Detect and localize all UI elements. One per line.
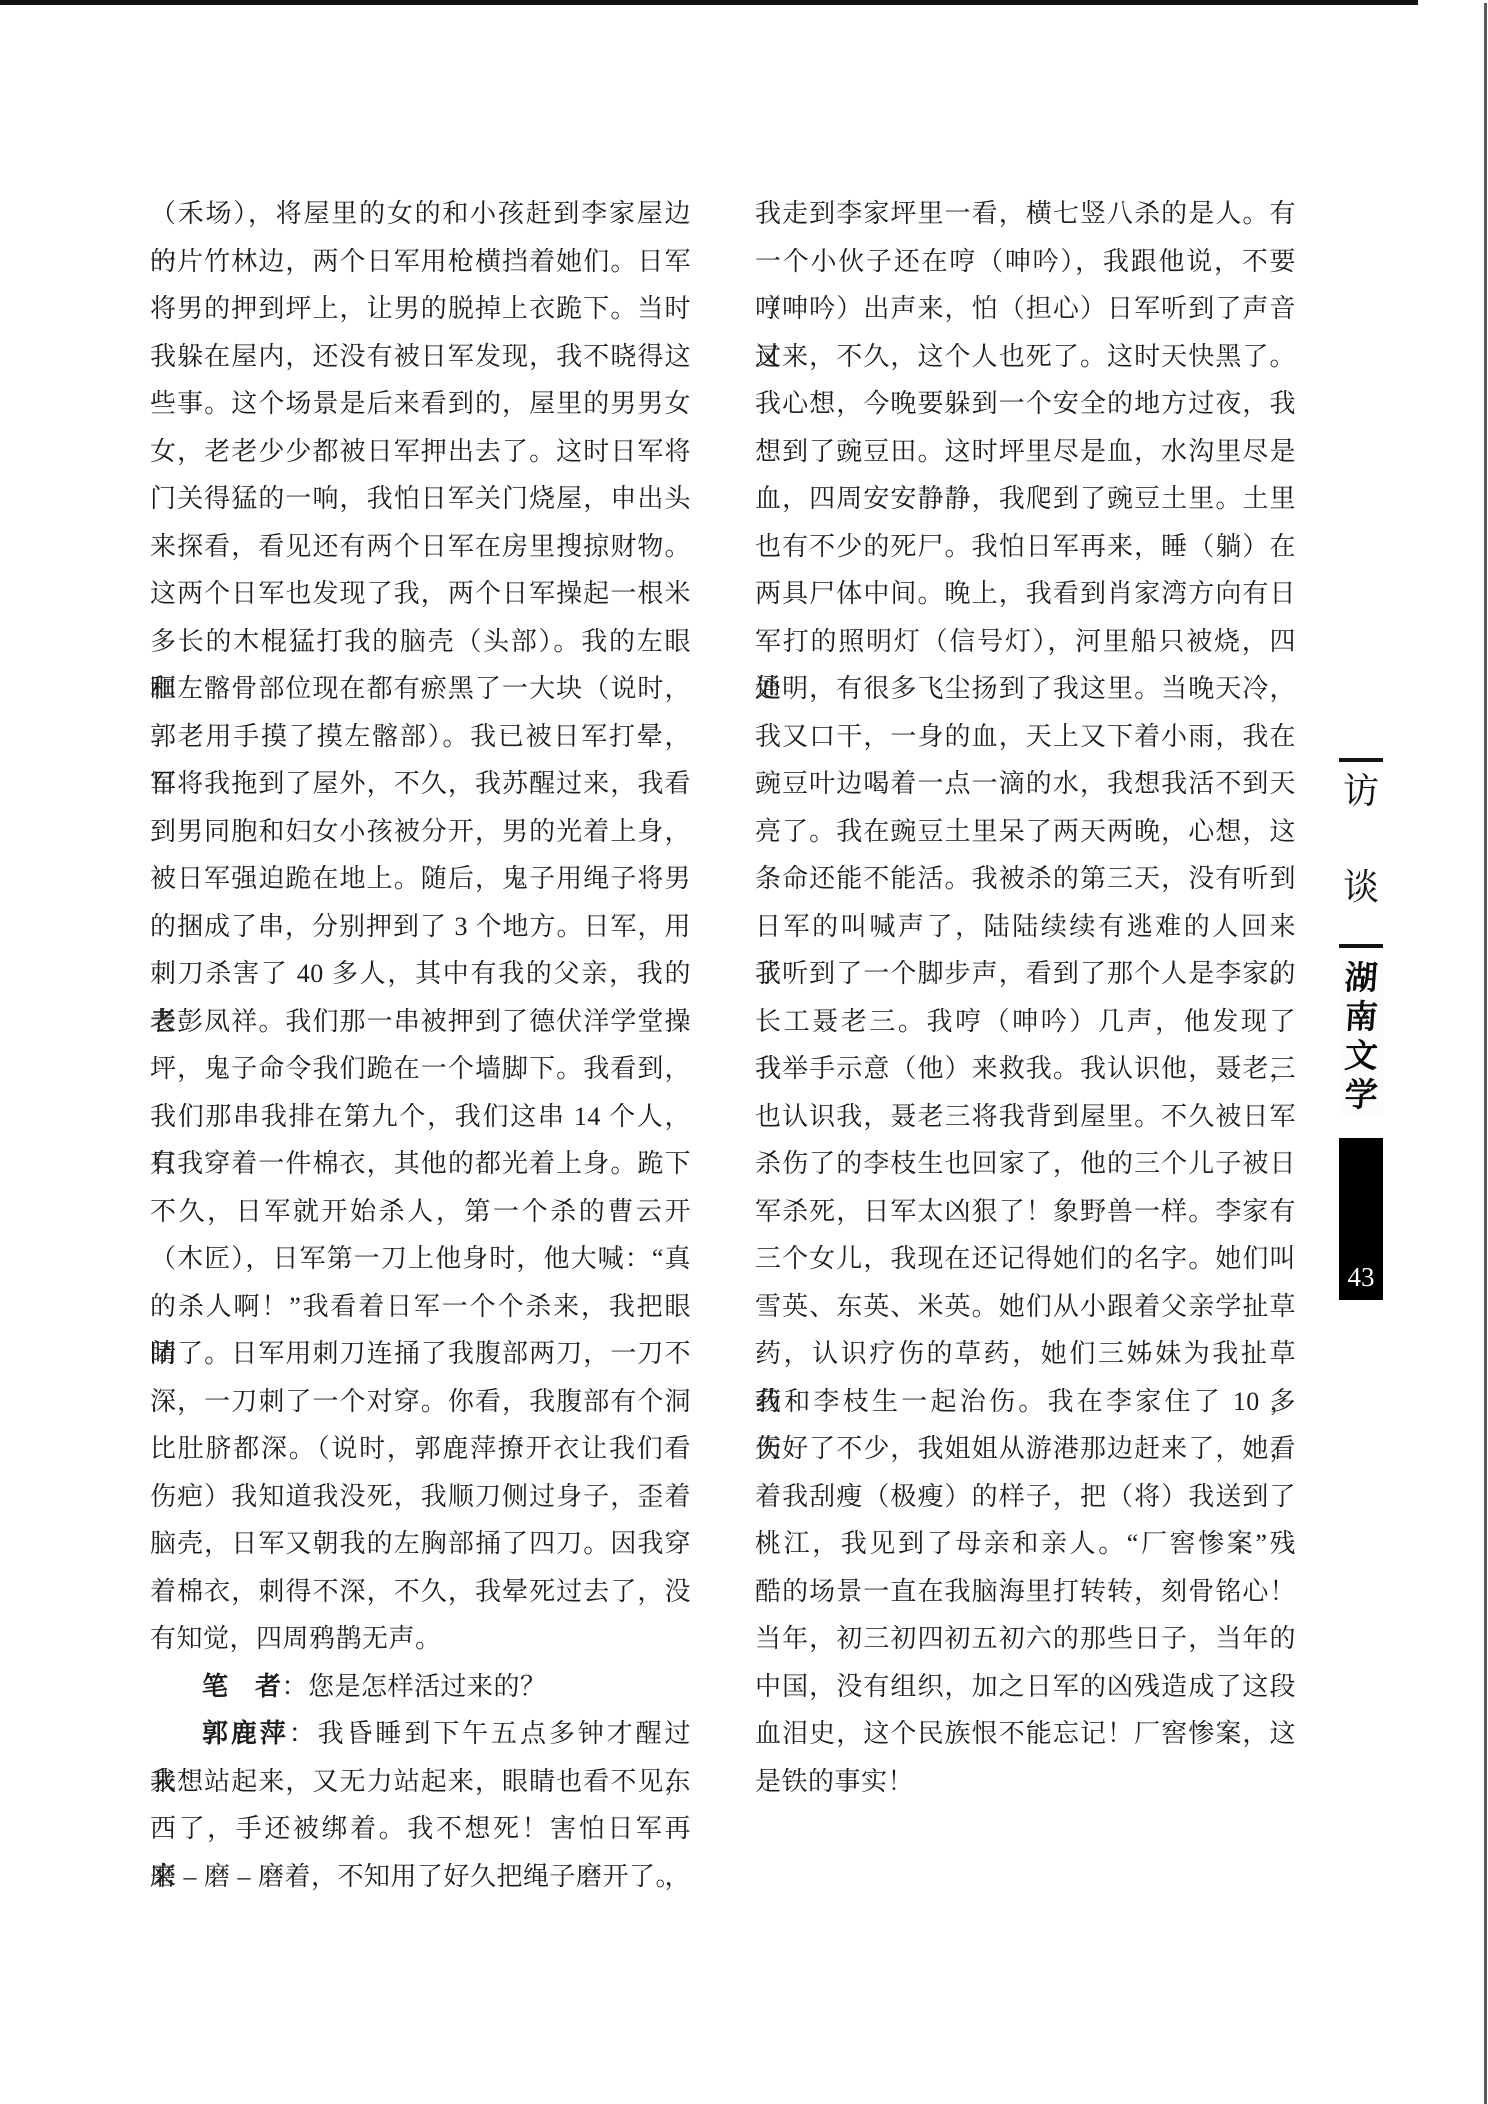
line-text: 坪，鬼子命令我们跪在一个墙脚下。我看到， xyxy=(150,1054,691,1083)
text-line: 长工聂老三。我哼（呻吟）几声，他发现了我， xyxy=(755,998,1296,1046)
scanned-magazine-page: { "page": { "number": "43", "sidebar": {… xyxy=(0,0,1488,2104)
page-number: 43 xyxy=(1339,1262,1383,1292)
text-line: 一片竹林边，两个日军用枪横挡着她们。日军 xyxy=(150,238,691,286)
text-line: 这两个日军也发现了我，两个日军操起一根米 xyxy=(150,570,691,618)
line-text: 豌豆叶边喝着一点一滴的水，我想我活不到天 xyxy=(755,769,1296,798)
line-text: 这两个日军也发现了我，两个日军操起一根米 xyxy=(150,579,691,608)
line-text: 军将我拖到了屋外，不久，我苏醒过来，我看 xyxy=(150,769,691,798)
text-line: 郭鹿萍：我昏睡到下午五点多钟才醒过来， xyxy=(150,1710,691,1758)
line-text: （木匠），日军第一刀上他身时，他大喊：“真 xyxy=(150,1244,691,1273)
journal-name-calligraphy: 湖南文学 xyxy=(1339,960,1383,1116)
text-line: 血，四周安安静静，我爬到了豌豆土里。土里 xyxy=(755,475,1296,523)
text-line: 我举手示意（他）来救我。我认识他，聂老三 xyxy=(755,1045,1296,1093)
text-line: 想到了豌豆田。这时坪里尽是血，水沟里尽是 xyxy=(755,428,1296,476)
line-text: 血泪史，这个民族恨不能忘记！厂窖惨案，这 xyxy=(755,1719,1296,1748)
text-line: 也有不少的死尸。我怕日军再来，睡（躺）在 xyxy=(755,523,1296,571)
line-text: 我心想，今晚要躲到一个安全的地方过夜，我 xyxy=(755,389,1296,418)
text-line: 我又口干，一身的血，天上又下着小雨，我在 xyxy=(755,713,1296,761)
line-text: 将男的押到坪上，让男的脱掉上衣跪下。当时 xyxy=(150,294,691,323)
text-line: 刺刀杀害了 40 多人，其中有我的父亲，我的老 xyxy=(150,950,691,998)
line-text: 伤好了不少，我姐姐从游港那边赶来了，她看 xyxy=(755,1434,1296,1463)
text-line: 来探看，看见还有两个日军在房里搜掠财物。 xyxy=(150,523,691,571)
line-text: 我想站起来，又无力站起来，眼睛也看不见东 xyxy=(150,1767,691,1796)
text-line: 是铁的事实！ xyxy=(755,1758,1296,1806)
text-line: 我们那串我排在第九个，我们这串 14 个人，只 xyxy=(150,1093,691,1141)
line-text: 表彭凤祥。我们那一串被押到了德伏洋学堂操 xyxy=(150,1007,691,1036)
text-line: 药，认识疗伤的草药，她们三姊妹为我扯草药， xyxy=(755,1330,1296,1378)
text-line: 三个女儿，我现在还记得她们的名字。她们叫 xyxy=(755,1235,1296,1283)
line-text: 我举手示意（他）来救我。我认识他，聂老三 xyxy=(755,1054,1296,1083)
text-line: 雪英、东英、米英。她们从小跟着父亲学扯草 xyxy=(755,1283,1296,1331)
text-line: 着棉衣，刺得不深，不久，我晕死过去了，没 xyxy=(150,1568,691,1616)
line-text: 三个女儿，我现在还记得她们的名字。她们叫 xyxy=(755,1244,1296,1273)
line-text: 条命还能不能活。我被杀的第三天，没有听到 xyxy=(755,864,1296,893)
text-line: （木匠），日军第一刀上他身时，他大喊：“真 xyxy=(150,1235,691,1283)
sidebar-rule-bottom xyxy=(1339,944,1383,948)
line-text: 些事。这个场景是后来看到的，屋里的男男女 xyxy=(150,389,691,418)
line-text: 过来，不久，这个人也死了。这时天快黑了。 xyxy=(755,342,1296,371)
line-text: 来探看，看见还有两个日军在房里搜掠财物。 xyxy=(150,532,691,561)
line-text: 两具尸体中间。晚上，我看到肖家湾方向有日 xyxy=(755,579,1296,608)
line-text: 的捆成了串，分别押到了 3 个地方。日军，用 xyxy=(150,912,691,941)
text-line: （禾场），将屋里的女的和小孩赶到李家屋边的 xyxy=(150,190,691,238)
line-text: 比肚脐都深。（说时，郭鹿萍撩开衣让我们看 xyxy=(150,1434,691,1463)
text-line: 伤好了不少，我姐姐从游港那边赶来了，她看 xyxy=(755,1425,1296,1473)
right-text-column: 我走到李家坪里一看，横七竖八杀的是人。有一个小伙子还在哼（呻吟），我跟他说，不要… xyxy=(755,190,1296,1805)
speaker-name: 笔 者 xyxy=(202,1671,282,1701)
vertical-char: 文 xyxy=(1338,1038,1385,1077)
line-text: 一片竹林边，两个日军用枪横挡着她们。日军 xyxy=(150,247,691,276)
line-text: 深，一刀刺了一个对穿。你看，我腹部有个洞 xyxy=(150,1387,691,1416)
text-line: 两具尸体中间。晚上，我看到肖家湾方向有日 xyxy=(755,570,1296,618)
text-line: 西了，手还被绑着。我不想死！害怕日军再来， xyxy=(150,1805,691,1853)
line-text: 着棉衣，刺得不深，不久，我晕死过去了，没 xyxy=(150,1577,691,1606)
text-line: 我和李枝生一起治伤。我在李家住了 10 多天， xyxy=(755,1378,1296,1426)
text-line: 军杀死，日军太凶狠了！象野兽一样。李家有 xyxy=(755,1188,1296,1236)
text-line: 有知觉，四周鸦鹊无声。 xyxy=(150,1615,691,1663)
line-text: 雪英、东英、米英。她们从小跟着父亲学扯草 xyxy=(755,1292,1296,1321)
line-text: 到男同胞和妇女小孩被分开，男的光着上身， xyxy=(150,817,691,846)
text-line: 表彭凤祥。我们那一串被押到了德伏洋学堂操 xyxy=(150,998,691,1046)
section-title-fangtan: 访谈 xyxy=(1339,772,1383,964)
text-line: 的捆成了串，分别押到了 3 个地方。日军，用 xyxy=(150,903,691,951)
vertical-char: 湖 xyxy=(1338,960,1385,999)
text-line: 比肚脐都深。（说时，郭鹿萍撩开衣让我们看 xyxy=(150,1425,691,1473)
text-line: 些事。这个场景是后来看到的，屋里的男男女 xyxy=(150,380,691,428)
page-number-box: 43 xyxy=(1339,1138,1383,1300)
text-line: 着我刮瘦（极瘦）的样子，把（将）我送到了 xyxy=(755,1473,1296,1521)
line-text: 我走到李家坪里一看，横七竖八杀的是人。有 xyxy=(755,199,1296,228)
text-line: 一个小伙子还在哼（呻吟），我跟他说，不要哼 xyxy=(755,238,1296,286)
text-line: 将男的押到坪上，让男的脱掉上衣跪下。当时 xyxy=(150,285,691,333)
line-text: 有知觉，四周鸦鹊无声。 xyxy=(150,1624,442,1653)
text-line: 门关得猛的一响，我怕日军关门烧屋，申出头 xyxy=(150,475,691,523)
line-text: 也有不少的死尸。我怕日军再来，睡（躺）在 xyxy=(755,532,1296,561)
text-line: 郭老用手摸了摸左髂部）。我已被日军打晕，日 xyxy=(150,713,691,761)
vertical-char: 访 xyxy=(1339,772,1383,810)
text-line: 酷的场景一直在我脑海里打转转，刻骨铭心！ xyxy=(755,1568,1296,1616)
text-line: 脑壳，日军又朝我的左胸部捅了四刀。因我穿 xyxy=(150,1520,691,1568)
text-line: 豌豆叶边喝着一点一滴的水，我想我活不到天 xyxy=(755,760,1296,808)
text-line: 通明，有很多飞尘扬到了我这里。当晚天冷， xyxy=(755,665,1296,713)
page-edge-line xyxy=(1484,3,1487,2104)
line-text: 军杀死，日军太凶狠了！象野兽一样。李家有 xyxy=(755,1197,1296,1226)
line-text: 伤疤）我知道我没死，我顺刀侧过身子，歪着 xyxy=(150,1482,691,1511)
line-text: 不久，日军就开始杀人，第一个杀的曹云开 xyxy=(150,1197,691,1226)
text-line: 我想站起来，又无力站起来，眼睛也看不见东 xyxy=(150,1758,691,1806)
line-text: 着我刮瘦（极瘦）的样子，把（将）我送到了 xyxy=(755,1482,1296,1511)
top-scan-bar xyxy=(0,0,1418,5)
text-line: 笔 者：您是怎样活过来的？ xyxy=(150,1663,691,1711)
text-line: 我心想，今晚要躲到一个安全的地方过夜，我 xyxy=(755,380,1296,428)
line-text: 酷的场景一直在我脑海里打转转，刻骨铭心！ xyxy=(755,1577,1296,1606)
text-line: 坪，鬼子命令我们跪在一个墙脚下。我看到， xyxy=(150,1045,691,1093)
text-line: 伤疤）我知道我没死，我顺刀侧过身子，歪着 xyxy=(150,1473,691,1521)
line-text: 中国，没有组织，加之日军的凶残造成了这段 xyxy=(755,1672,1296,1701)
line-text: 被日军强迫跪在地上。随后，鬼子用绳子将男 xyxy=(150,864,691,893)
text-line: 我听到了一个脚步声，看到了那个人是李家的 xyxy=(755,950,1296,998)
sidebar-rule-top xyxy=(1339,758,1383,762)
line-text: 脑壳，日军又朝我的左胸部捅了四刀。因我穿 xyxy=(150,1529,691,1558)
line-text: 亮了。我在豌豆土里呆了两天两晚，心想，这 xyxy=(755,817,1296,846)
text-line: 闭了。日军用刺刀连捅了我腹部两刀，一刀不 xyxy=(150,1330,691,1378)
line-text: 有我穿着一件棉衣，其他的都光着上身。跪下 xyxy=(150,1149,691,1178)
text-line: 被日军强迫跪在地上。随后，鬼子用绳子将男 xyxy=(150,855,691,903)
line-text: 想到了豌豆田。这时坪里尽是血，水沟里尽是 xyxy=(755,437,1296,466)
vertical-char: 学 xyxy=(1338,1077,1385,1116)
line-text: 也认识我，聂老三将我背到屋里。不久被日军 xyxy=(755,1102,1296,1131)
text-line: 亮了。我在豌豆土里呆了两天两晚，心想，这 xyxy=(755,808,1296,856)
line-text: ：您是怎样活过来的？ xyxy=(282,1672,547,1701)
line-text: 通明，有很多飞尘扬到了我这里。当晚天冷， xyxy=(755,674,1296,703)
line-text: 闭了。日军用刺刀连捅了我腹部两刀，一刀不 xyxy=(150,1339,691,1368)
text-line: 条命还能不能活。我被杀的第三天，没有听到 xyxy=(755,855,1296,903)
text-line: （呻吟）出声来，怕（担心）日军听到了声音又 xyxy=(755,285,1296,333)
line-text: 和左髂骨部位现在都有瘀黑了一大块（说时， xyxy=(150,674,691,703)
text-line: 我躲在屋内，还没有被日军发现，我不晓得这 xyxy=(150,333,691,381)
text-line: 我走到李家坪里一看，横七竖八杀的是人。有 xyxy=(755,190,1296,238)
text-line: 多长的木棍猛打我的脑壳（头部）。我的左眼眶 xyxy=(150,618,691,666)
text-line: 桃江，我见到了母亲和亲人。“厂窖惨案”残 xyxy=(755,1520,1296,1568)
text-line: 和左髂骨部位现在都有瘀黑了一大块（说时， xyxy=(150,665,691,713)
text-line: 女，老老少少都被日军押出去了。这时日军将 xyxy=(150,428,691,476)
text-line: 深，一刀刺了一个对穿。你看，我腹部有个洞 xyxy=(150,1378,691,1426)
line-text: 我听到了一个脚步声，看到了那个人是李家的 xyxy=(755,959,1296,988)
line-text: 我躲在屋内，还没有被日军发现，我不晓得这 xyxy=(150,342,691,371)
text-line: 有我穿着一件棉衣，其他的都光着上身。跪下 xyxy=(150,1140,691,1188)
text-line: 杀伤了的李枝生也回家了，他的三个儿子被日 xyxy=(755,1140,1296,1188)
text-line: 到男同胞和妇女小孩被分开，男的光着上身， xyxy=(150,808,691,856)
line-text: 血，四周安安静静，我爬到了豌豆土里。土里 xyxy=(755,484,1296,513)
text-line: 血泪史，这个民族恨不能忘记！厂窖惨案，这 xyxy=(755,1710,1296,1758)
speaker-name: 郭鹿萍 xyxy=(202,1718,289,1748)
text-line: 军将我拖到了屋外，不久，我苏醒过来，我看 xyxy=(150,760,691,808)
text-line: 磨 – 磨 – 磨着，不知用了好久把绳子磨开了。 xyxy=(150,1853,691,1901)
text-line: 也认识我，聂老三将我背到屋里。不久被日军 xyxy=(755,1093,1296,1141)
text-line: 当年，初三初四初五初六的那些日子，当年的 xyxy=(755,1615,1296,1663)
left-text-column: （禾场），将屋里的女的和小孩赶到李家屋边的一片竹林边，两个日军用枪横挡着她们。日… xyxy=(150,190,691,1900)
text-line: 过来，不久，这个人也死了。这时天快黑了。 xyxy=(755,333,1296,381)
text-line: 中国，没有组织，加之日军的凶残造成了这段 xyxy=(755,1663,1296,1711)
line-text: 杀伤了的李枝生也回家了，他的三个儿子被日 xyxy=(755,1149,1296,1178)
text-line: 日军的叫喊声了，陆陆续续有逃难的人回来了。 xyxy=(755,903,1296,951)
line-text: 磨 – 磨 – 磨着，不知用了好久把绳子磨开了。 xyxy=(150,1862,682,1891)
line-text: 桃江，我见到了母亲和亲人。“厂窖惨案”残 xyxy=(755,1529,1296,1558)
vertical-char: 南 xyxy=(1338,999,1385,1038)
text-line: 的杀人啊！”我看着日军一个个杀来，我把眼睛 xyxy=(150,1283,691,1331)
text-line: 不久，日军就开始杀人，第一个杀的曹云开 xyxy=(150,1188,691,1236)
line-text: 女，老老少少都被日军押出去了。这时日军将 xyxy=(150,437,691,466)
text-line: 军打的照明灯（信号灯），河里船只被烧，四处 xyxy=(755,618,1296,666)
line-text: 门关得猛的一响，我怕日军关门烧屋，申出头 xyxy=(150,484,691,513)
line-text: 是铁的事实！ xyxy=(755,1767,914,1796)
line-text: 当年，初三初四初五初六的那些日子，当年的 xyxy=(755,1624,1296,1653)
vertical-char: 谈 xyxy=(1339,868,1383,906)
line-text: 我又口干，一身的血，天上又下着小雨，我在 xyxy=(755,722,1296,751)
